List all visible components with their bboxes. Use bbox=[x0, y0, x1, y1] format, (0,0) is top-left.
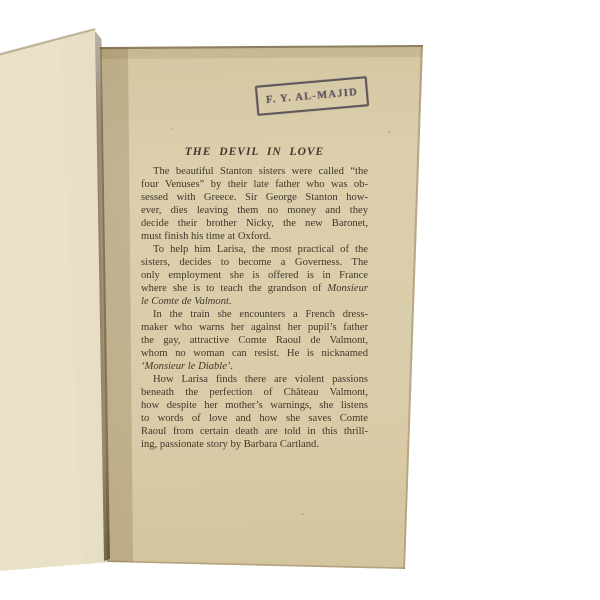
blurb-block: THE DEVIL IN LOVE The beautiful Stanton … bbox=[141, 146, 368, 451]
blurb-line: maker who warns her against her pupil’s … bbox=[141, 321, 368, 334]
blurb-line: How Larisa finds there are violent passi… bbox=[141, 373, 368, 386]
blurb-line: ‘Monsieur le Diable’. bbox=[141, 360, 368, 373]
blurb-line: The beautiful Stanton sisters were calle… bbox=[141, 165, 368, 178]
book-photo: F. Y. AL-MAJID THE DEVIL IN LOVE The bea… bbox=[0, 0, 600, 600]
paper-speck bbox=[388, 131, 390, 133]
paper-speck bbox=[171, 128, 173, 130]
blurb-line: ever, dies leaving them no money and the… bbox=[141, 204, 368, 217]
blurb-line: must finish his time at Oxford. bbox=[141, 230, 368, 243]
blurb: The beautiful Stanton sisters were calle… bbox=[141, 165, 368, 451]
blurb-line: four Venuses” by their late father who w… bbox=[141, 178, 368, 191]
blurb-line: le Comte de Valmont. bbox=[141, 295, 368, 308]
blurb-line: to words of love and how she saves Comte bbox=[141, 412, 368, 425]
blurb-line: how despite her mother’s warnings, she l… bbox=[141, 399, 368, 412]
blurb-line: decide their brother Nicky, the new Baro… bbox=[141, 217, 368, 230]
blurb-line: whom no woman can resist. He is nickname… bbox=[141, 347, 368, 360]
blurb-line: In the train she encounters a French dre… bbox=[141, 308, 368, 321]
blurb-line: sessed with Greece. Sir George Stanton h… bbox=[141, 191, 368, 204]
blurb-line: beneath the perfection of Château Valmon… bbox=[141, 386, 368, 399]
paper-speck bbox=[301, 513, 304, 515]
stamp-text: F. Y. AL-MAJID bbox=[266, 86, 359, 105]
page-title: THE DEVIL IN LOVE bbox=[141, 146, 368, 158]
blurb-line: To help him Larisa, the most practical o… bbox=[141, 243, 368, 256]
blurb-line: sisters, decides to become a Governess. … bbox=[141, 256, 368, 269]
blurb-line: the gay, attractive Comte Raoul de Valmo… bbox=[141, 334, 368, 347]
blurb-line: ing, passionate story by Barbara Cartlan… bbox=[141, 438, 368, 451]
owner-stamp: F. Y. AL-MAJID bbox=[255, 76, 369, 116]
blurb-line: Raoul from certain death are told in thi… bbox=[141, 425, 368, 438]
blurb-line: only employment she is offered is in Fra… bbox=[141, 269, 368, 282]
blurb-line: where she is to teach the grandson of Mo… bbox=[141, 282, 368, 295]
